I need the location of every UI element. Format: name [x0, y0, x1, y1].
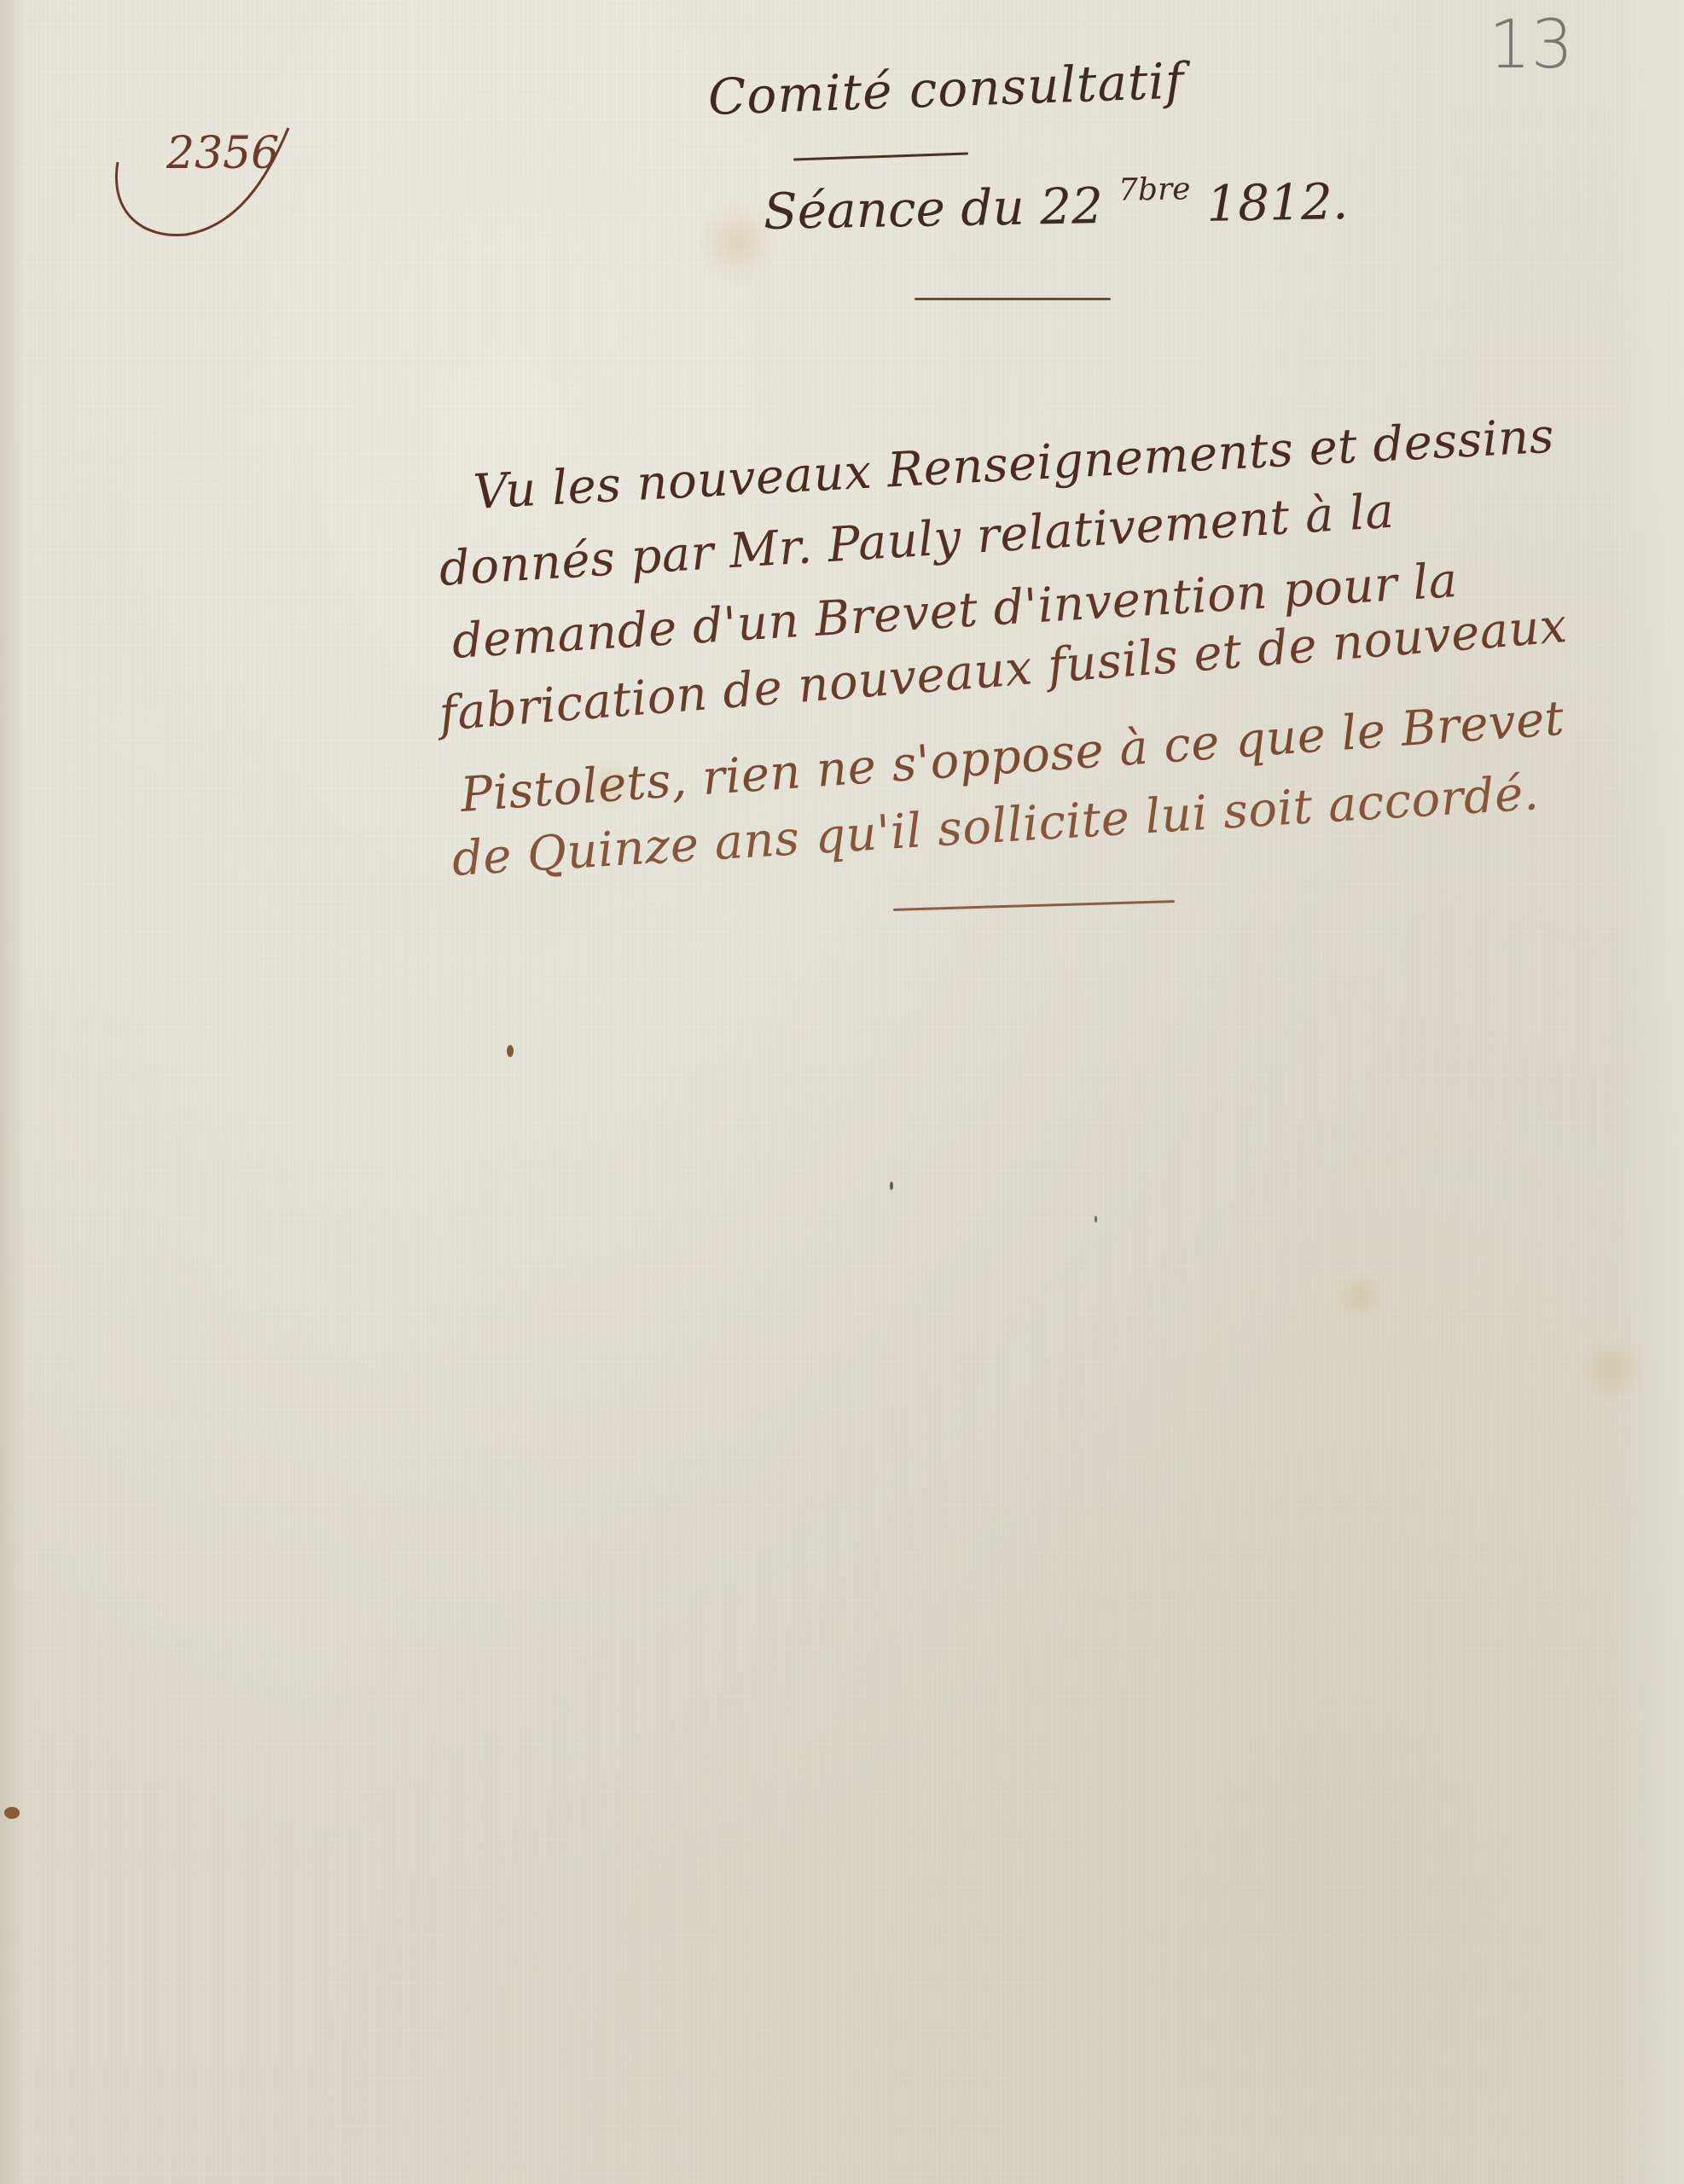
folio-number: 13	[1489, 7, 1573, 84]
reference-number: 2356	[166, 128, 279, 179]
paper-right-edge	[1616, 0, 1684, 2184]
closing-rule	[893, 900, 1175, 911]
title-underline	[793, 152, 968, 160]
manuscript-page: 13 2356 Comité consultatif Séance du 22 …	[0, 0, 1684, 2184]
ink-speck	[507, 1045, 514, 1057]
session-prefix: Séance du 22	[763, 177, 1119, 241]
header-separator	[915, 298, 1111, 300]
session-year: 1812.	[1190, 172, 1349, 233]
ink-speck	[4, 1807, 20, 1819]
committee-title: Comité consultatif	[707, 52, 1186, 126]
paper-left-edge	[0, 0, 26, 2184]
paper-stain	[1578, 1331, 1646, 1408]
paper-texture	[0, 0, 1684, 2184]
paper-stain	[1331, 1271, 1391, 1322]
ink-speck	[890, 1182, 893, 1190]
session-date: Séance du 22 7bre 1812.	[763, 169, 1349, 241]
ink-speck	[1095, 1216, 1097, 1223]
session-month: 7bre	[1118, 171, 1191, 207]
